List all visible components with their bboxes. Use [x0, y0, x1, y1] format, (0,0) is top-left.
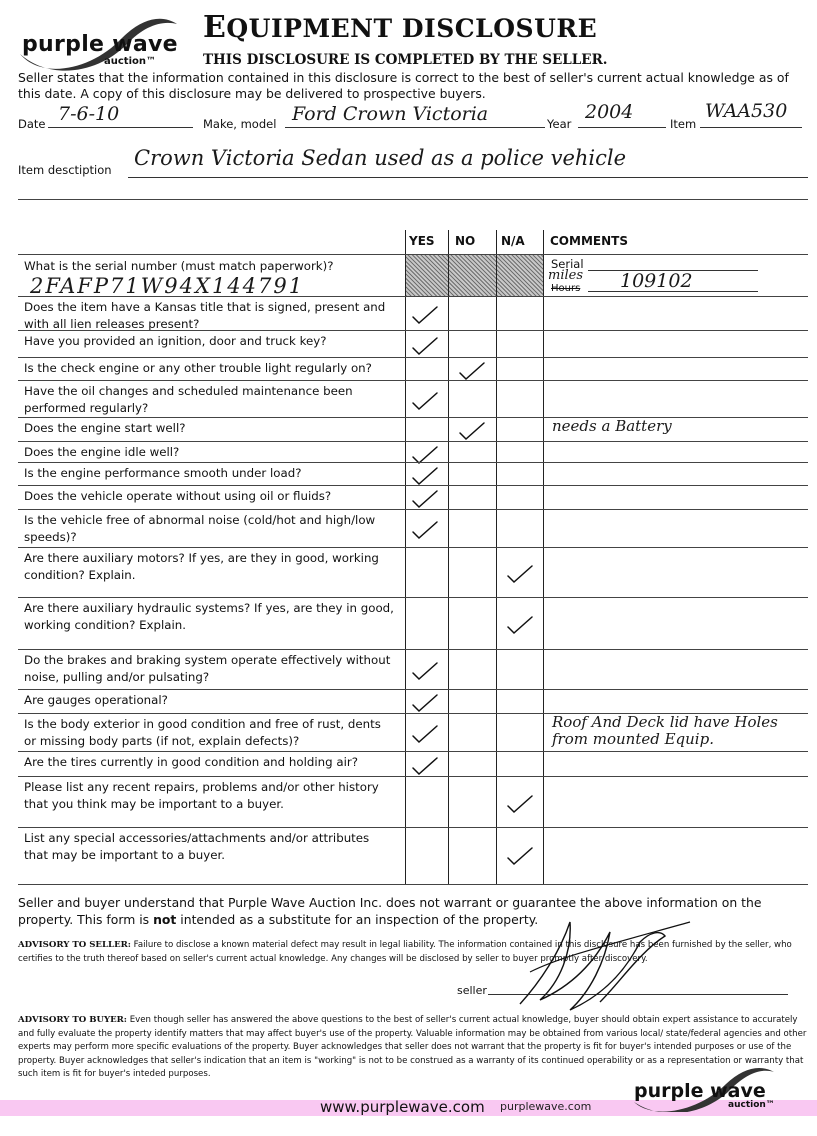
answer-na-cell[interactable] [505, 304, 535, 326]
seller-signature [500, 912, 700, 1012]
answer-na-cell[interactable] [505, 360, 535, 382]
answer-no-cell[interactable] [457, 660, 487, 682]
answer-yes-cell[interactable] [410, 360, 440, 382]
question-text: Please list any recent repairs, problems… [24, 779, 396, 812]
row-divider [18, 776, 808, 777]
column-divider [448, 230, 449, 885]
hours-label: Hours [551, 283, 580, 294]
answer-na-cell[interactable] [505, 692, 535, 714]
year-value: 2004 [585, 101, 633, 123]
answer-yes-cell[interactable] [410, 465, 440, 487]
answer-na-cell[interactable] [505, 793, 535, 815]
row-divider [18, 547, 808, 548]
checkmark-icon [410, 755, 440, 777]
row-divider [18, 509, 808, 510]
answer-no-cell[interactable] [457, 845, 487, 867]
logo-subtext: auction™ [728, 1100, 775, 1110]
answer-no-cell[interactable] [457, 360, 487, 382]
page-title: EQUIPMENT DISCLOSURE [203, 10, 597, 45]
item-value: WAA530 [705, 100, 787, 122]
date-label: Date [18, 117, 46, 131]
question-text: Does the engine idle well? [24, 444, 396, 461]
question-text: Does the item have a Kansas title that i… [24, 299, 396, 332]
row-divider [18, 357, 808, 358]
miles-label: miles [548, 268, 583, 283]
intro-statement: Seller states that the information conta… [18, 70, 808, 102]
answer-na-cell[interactable] [505, 488, 535, 510]
answer-yes-cell[interactable] [410, 390, 440, 412]
date-value: 7-6-10 [58, 103, 119, 125]
answer-no-cell[interactable] [457, 614, 487, 636]
answer-no-cell[interactable] [457, 465, 487, 487]
answer-yes-cell[interactable] [410, 304, 440, 326]
item-label: Item [670, 117, 696, 131]
column-divider [405, 230, 406, 885]
make-model-value: Ford Crown Victoria [292, 103, 488, 125]
answer-yes-cell[interactable] [410, 793, 440, 815]
answer-yes-cell[interactable] [410, 845, 440, 867]
checkmark-icon [410, 304, 440, 326]
answer-yes-cell[interactable] [410, 692, 440, 714]
shaded-cell [406, 255, 448, 296]
checkmark-icon [505, 845, 535, 867]
checkmark-icon [505, 793, 535, 815]
answer-no-cell[interactable] [457, 335, 487, 357]
question-text: List any special accessories/attachments… [24, 830, 396, 863]
answer-yes-cell[interactable] [410, 723, 440, 745]
year-label: Year [547, 117, 571, 131]
answer-yes-cell[interactable] [410, 420, 440, 442]
table-bottom-rule [18, 884, 808, 885]
website-link-small[interactable]: purplewave.com [500, 1100, 591, 1113]
row-divider [18, 689, 808, 690]
answer-na-cell[interactable] [505, 519, 535, 541]
question-text: Is the body exterior in good condition a… [24, 716, 396, 749]
shaded-cell [497, 255, 543, 296]
answer-no-cell[interactable] [457, 692, 487, 714]
answer-yes-cell[interactable] [410, 519, 440, 541]
question-text: Are the tires currently in good conditio… [24, 754, 396, 771]
row-divider [18, 751, 808, 752]
question-text: Does the engine start well? [24, 420, 396, 437]
answer-yes-cell[interactable] [410, 488, 440, 510]
question-text: Does the vehicle operate without using o… [24, 488, 396, 505]
answer-na-cell[interactable] [505, 420, 535, 442]
checkmark-icon [505, 614, 535, 636]
question-text: Is the check engine or any other trouble… [24, 360, 396, 377]
answer-no-cell[interactable] [457, 755, 487, 777]
question-text: Are gauges operational? [24, 692, 396, 709]
row-divider [18, 649, 808, 650]
answer-na-cell[interactable] [505, 723, 535, 745]
header-no: NO [455, 234, 475, 248]
header-comments: COMMENTS [550, 234, 628, 248]
row-divider [18, 380, 808, 381]
checkmark-icon [410, 723, 440, 745]
miles-value: 109102 [620, 270, 693, 292]
question-text: Are there auxiliary motors? If yes, are … [24, 550, 396, 583]
comment-text: needs a Battery [552, 418, 807, 435]
checkmark-icon [410, 335, 440, 357]
answer-na-cell[interactable] [505, 755, 535, 777]
answer-no-cell[interactable] [457, 420, 487, 442]
checkmark-icon [410, 488, 440, 510]
row-divider [18, 827, 808, 828]
purple-wave-logo-footer: purple wave auction™ [628, 1060, 778, 1112]
page-subtitle: THIS DISCLOSURE IS COMPLETED BY THE SELL… [203, 52, 608, 68]
description-line-2 [18, 199, 808, 200]
logo-wordmark: purple wave [634, 1080, 766, 1102]
answer-na-cell[interactable] [505, 845, 535, 867]
question-text: Do the brakes and braking system operate… [24, 652, 396, 685]
purple-wave-logo: purple wave auction™ [12, 10, 182, 72]
description-label: Item desctiption [18, 163, 112, 177]
checkmark-icon [505, 563, 535, 585]
answer-na-cell[interactable] [505, 465, 535, 487]
answer-na-cell[interactable] [505, 614, 535, 636]
answer-no-cell[interactable] [457, 488, 487, 510]
question-text: Is the engine performance smooth under l… [24, 465, 396, 482]
checkmark-icon [457, 360, 487, 382]
row-divider [18, 485, 808, 486]
row-divider [18, 296, 808, 297]
answer-no-cell[interactable] [457, 519, 487, 541]
answer-no-cell[interactable] [457, 563, 487, 585]
answer-no-cell[interactable] [457, 304, 487, 326]
answer-yes-cell[interactable] [410, 563, 440, 585]
answer-yes-cell[interactable] [410, 755, 440, 777]
logo-wordmark: purple wave [22, 32, 178, 57]
question-text: Is the vehicle free of abnormal noise (c… [24, 512, 396, 545]
seller-signature-label: seller [457, 984, 487, 997]
description-value: Crown Victoria Sedan used as a police ve… [134, 146, 626, 170]
answer-na-cell[interactable] [505, 660, 535, 682]
checkmark-icon [410, 390, 440, 412]
checkmark-icon [410, 692, 440, 714]
checkmark-icon [410, 660, 440, 682]
answer-no-cell[interactable] [457, 723, 487, 745]
question-text: Have the oil changes and scheduled maint… [24, 383, 396, 416]
answer-na-cell[interactable] [505, 335, 535, 357]
answer-na-cell[interactable] [505, 390, 535, 412]
answer-yes-cell[interactable] [410, 335, 440, 357]
answer-no-cell[interactable] [457, 390, 487, 412]
website-link[interactable]: www.purplewave.com [320, 1098, 485, 1116]
answer-yes-cell[interactable] [410, 660, 440, 682]
serial-number-value: 2FAFP71W94X144791 [30, 274, 304, 298]
answer-no-cell[interactable] [457, 793, 487, 815]
shaded-cell [449, 255, 496, 296]
checkmark-icon [457, 420, 487, 442]
header-na: N/A [501, 234, 525, 248]
answer-yes-cell[interactable] [410, 614, 440, 636]
question-text: Have you provided an ignition, door and … [24, 333, 396, 350]
row-divider [18, 330, 808, 331]
column-divider [543, 230, 544, 885]
row-divider [18, 441, 808, 442]
serial-question: What is the serial number (must match pa… [24, 258, 396, 275]
answer-na-cell[interactable] [505, 563, 535, 585]
header-yes: YES [409, 234, 435, 248]
row-divider [18, 597, 808, 598]
checkmark-icon [410, 465, 440, 487]
comment-text: Roof And Deck lid have Holes from mounte… [552, 714, 807, 748]
make-model-label: Make, model [203, 117, 276, 131]
question-text: Are there auxiliary hydraulic systems? I… [24, 600, 396, 633]
checkmark-icon [410, 519, 440, 541]
row-divider [18, 462, 808, 463]
column-divider [496, 230, 497, 885]
logo-subtext: auction™ [104, 56, 156, 67]
